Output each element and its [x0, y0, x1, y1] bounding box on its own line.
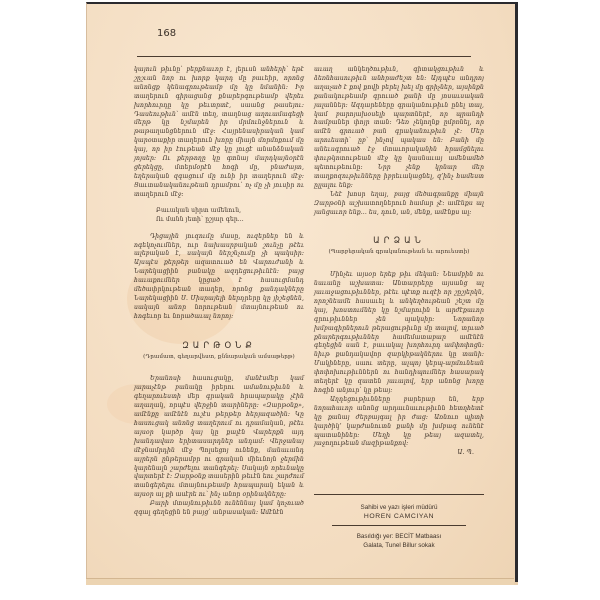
publisher-label: Sahibi ve yazı işleri müdürü [314, 503, 484, 512]
author-signature: Ա. Պ. [314, 449, 484, 458]
document-page: 168 կայուն թիւնը՝ բերքնաւոր է, լերւսն ան… [86, 2, 518, 582]
right-column: աւաղ անկեղծութիւն, գիտակցութիւն և ձեռնհա… [314, 66, 484, 458]
body-paragraph: Դիցային յուզումը մասը, ուզերներ են և ոգե… [134, 233, 304, 322]
colophon-divider [332, 525, 466, 526]
poem-line: Բաւական սիրտ ամենուն, [156, 206, 304, 216]
body-paragraph: աւաղ անկեղծութիւն, գիտակցութիւն և ձեռնհա… [314, 66, 484, 191]
colophon-rule [314, 494, 484, 495]
page-edge [86, 578, 514, 585]
section-heading-arzan: ԱՐՁԱՆ [314, 237, 484, 246]
body-paragraph: Մինչեւ այսօր երեք թիւ մեկան։ Նեամբին ու … [314, 271, 484, 396]
header-rule [137, 56, 471, 57]
section-subheading: (Դրամատ, գեղարվեստ, քննարական ամսաթերթ) [134, 353, 304, 362]
body-paragraph: Երանոսի հասուցակը, մանէսմեր կամ յարաչէնթ… [134, 375, 304, 500]
body-paragraph: կայուն թիւնը՝ բերքնաւոր է, լերւսն անհերի… [134, 66, 304, 200]
printer-address: Galata, Tunel Billur sokak [314, 541, 484, 550]
body-paragraph: Բարի մտայնութիւնն ունեննայ կամ կոչուած զ… [134, 500, 304, 518]
publisher-name: HOREN CAMCIYAN [314, 512, 484, 521]
section-heading-zartonk: ԶԱՐԹՕՆՔ [134, 342, 304, 351]
left-column: կայուն թիւնը՝ բերքնաւոր է, լերւսն անհերի… [134, 66, 304, 518]
page-number: 168 [157, 28, 176, 39]
poem-quote: Բաւական սիրտ ամենուն, Ու մանն յետի՝ ըշյա… [156, 206, 304, 225]
body-paragraph: Նեէ խոսր եղայ, բայց մեծագրանքը միայն Զար… [314, 191, 484, 218]
body-paragraph: Աղդեցութիւնները բարերար են, երբ նորահաւո… [314, 396, 484, 449]
poem-line: Ու մանն յետի՝ ըշյար գեր... [156, 215, 304, 225]
colophon-box: Sahibi ve yazı işleri müdürü HOREN CAMCI… [314, 494, 484, 550]
section-subheading: (Պարբերական գրականութեան եւ արուեստի) [314, 248, 484, 257]
printer-line: Basıldığı yer: BECİT Matbaası [314, 532, 484, 541]
